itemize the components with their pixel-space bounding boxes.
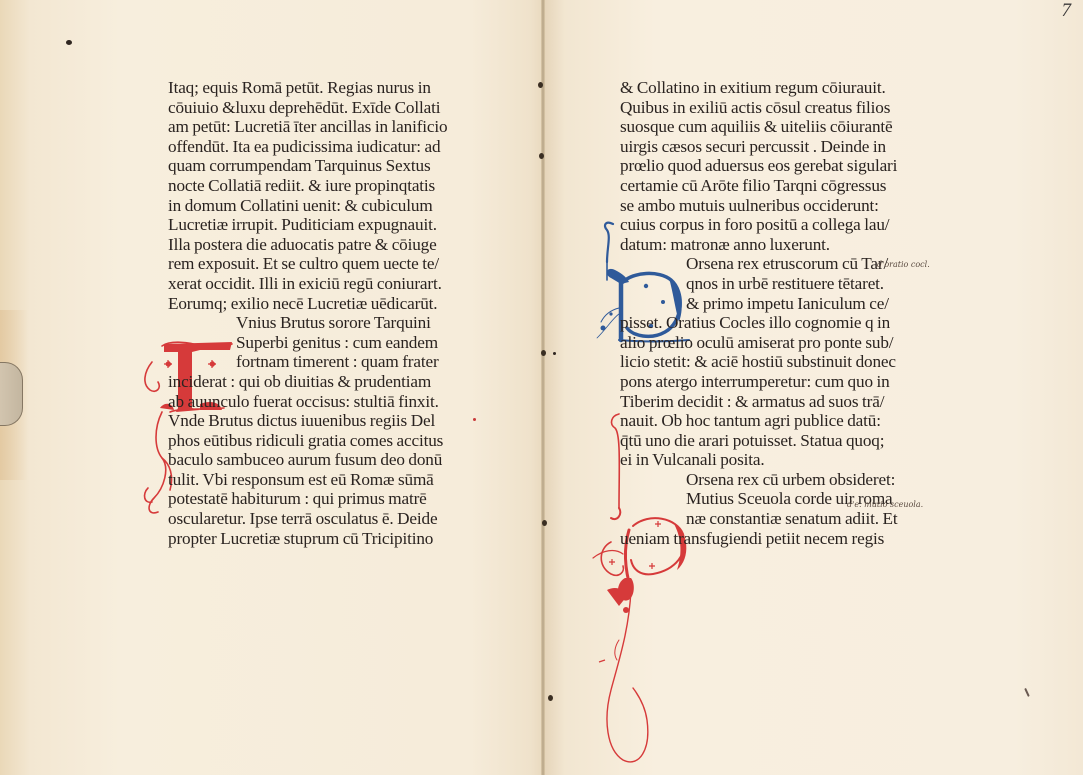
binding-stitch — [542, 520, 547, 526]
text-line: Orsena rex cū urbem obsideret: — [620, 470, 932, 490]
text-line: Quibus in exiliū actis cōsul creatus fil… — [620, 98, 932, 118]
text-line: propter Lucretiæ stuprum cū Tricipitino — [168, 529, 468, 549]
thumb-tab — [0, 362, 23, 426]
text-line: cōuiuio &luxu deprehēdūt. Exīde Collati — [168, 98, 468, 118]
text-line: inciderat : qui ob diuitias & prudentiam — [168, 372, 468, 392]
text-line: quam corrumpendam Tarquinus Sextus — [168, 156, 468, 176]
left-page: Itaq; equis Romā petūt. Regias nurus in … — [0, 0, 545, 775]
text-line: tulit. Vbi responsum est eū Romæ sūmā — [168, 470, 468, 490]
ink-speck — [473, 418, 476, 421]
text-line: suosque cum aquiliis & uiteliis cōiurant… — [620, 117, 932, 137]
text-line: ab auunculo fuerat occisus: stultiā finx… — [168, 392, 468, 412]
text-line: næ constantiæ senatum adiit. Et — [620, 509, 932, 529]
right-page: 7 — [545, 0, 1083, 775]
left-page-text: Itaq; equis Romā petūt. Regias nurus in … — [168, 78, 468, 548]
book-spread: Itaq; equis Romā petūt. Regias nurus in … — [0, 0, 1083, 775]
text-line: potestatē habiturum : qui primus matrē — [168, 489, 468, 509]
folio-number: 7 — [1062, 0, 1072, 22]
marginal-note: d'oratio cocl. — [877, 260, 930, 269]
book-gutter — [541, 0, 545, 775]
text-line: se ambo mutuis uulneribus occiderunt: — [620, 196, 932, 216]
text-line: prœlio quod aduersus eos gerebat sigular… — [620, 156, 932, 176]
binding-stitch — [538, 82, 543, 88]
ink-speck — [66, 40, 72, 45]
text-line: fortnam timerent : quam frater — [168, 352, 468, 372]
binding-stitch — [548, 695, 553, 701]
text-line: am petūt: Lucretiā īter ancillas in lani… — [168, 117, 468, 137]
text-line: Lucretiæ irrupit. Puditiciam expugnauit. — [168, 215, 468, 235]
text-line: certamie cū Arōte filio Tarqni cōgressus — [620, 176, 932, 196]
text-line: rem exposuit. Et se cultro quem uecte te… — [168, 254, 468, 274]
text-line: & Collatino in exitium regum cōiurauit. — [620, 78, 932, 98]
text-line: pons atergo interrumperetur: cum quo in — [620, 372, 932, 392]
text-line: Tiberim decidit : & armatus ad suos trā/ — [620, 392, 932, 412]
binding-stitch — [539, 153, 544, 159]
text-line: datum: matronæ anno luxerunt. — [620, 235, 932, 255]
text-line: phos eūtibus ridiculi gratia comes accit… — [168, 431, 468, 451]
text-line: pisset. Oratius Cocles illo cognomie q i… — [620, 313, 932, 333]
text-line: Eorumq; exilio necē Lucretiæ uēdicarūt. — [168, 294, 468, 314]
text-line: Vnius Brutus sorore Tarquini — [168, 313, 468, 333]
text-line: Itaq; equis Romā petūt. Regias nurus in — [168, 78, 468, 98]
text-line: Illa postera die aduocatis patre & cōiug… — [168, 235, 468, 255]
right-page-text: & Collatino in exitium regum cōiurauit. … — [620, 78, 932, 548]
text-line: q̄tū uno die arari potuisset. Statua quo… — [620, 431, 932, 451]
text-line: in domum Collatini uenit: & cubiculum — [168, 196, 468, 216]
text-line: alio prœlio oculū amiserat pro ponte sub… — [620, 333, 932, 353]
text-line: offendūt. Ita ea pudicissima iudicatur: … — [168, 137, 468, 157]
text-line: baculo sambuceo aurum fusum deo donū — [168, 450, 468, 470]
text-line: xerat occidit. Illi in exiciū regū coniu… — [168, 274, 468, 294]
text-line: nocte Collatiā rediit. & iure propinqtat… — [168, 176, 468, 196]
text-line: ei in Vulcanali posita. — [620, 450, 932, 470]
ink-speck — [553, 352, 556, 355]
text-line: Superbi genitus : cum eandem — [168, 333, 468, 353]
text-line: nauit. Ob hoc tantum agri publice datū: — [620, 411, 932, 431]
text-line: ueniam transfugiendi petiit necem regis — [620, 529, 932, 549]
binding-stitch — [541, 350, 546, 356]
text-line: licio stetit: & aciē hostiū substinuit d… — [620, 352, 932, 372]
text-line: Vnde Brutus dictus iuuenibus regiis Del — [168, 411, 468, 431]
text-line: qnos in urbē restituere tētaret. — [620, 274, 932, 294]
marginal-note: d'e. mutio sceuola. — [847, 500, 923, 509]
text-line: cuius corpus in foro positū a collega la… — [620, 215, 932, 235]
text-line: oscularetur. Ipse terrā osculatus ē. Dei… — [168, 509, 468, 529]
text-line: & primo impetu Ianiculum ce/ — [620, 294, 932, 314]
text-line: uirgis cæsos securi percussit . Deinde i… — [620, 137, 932, 157]
ink-speck — [1024, 688, 1029, 697]
